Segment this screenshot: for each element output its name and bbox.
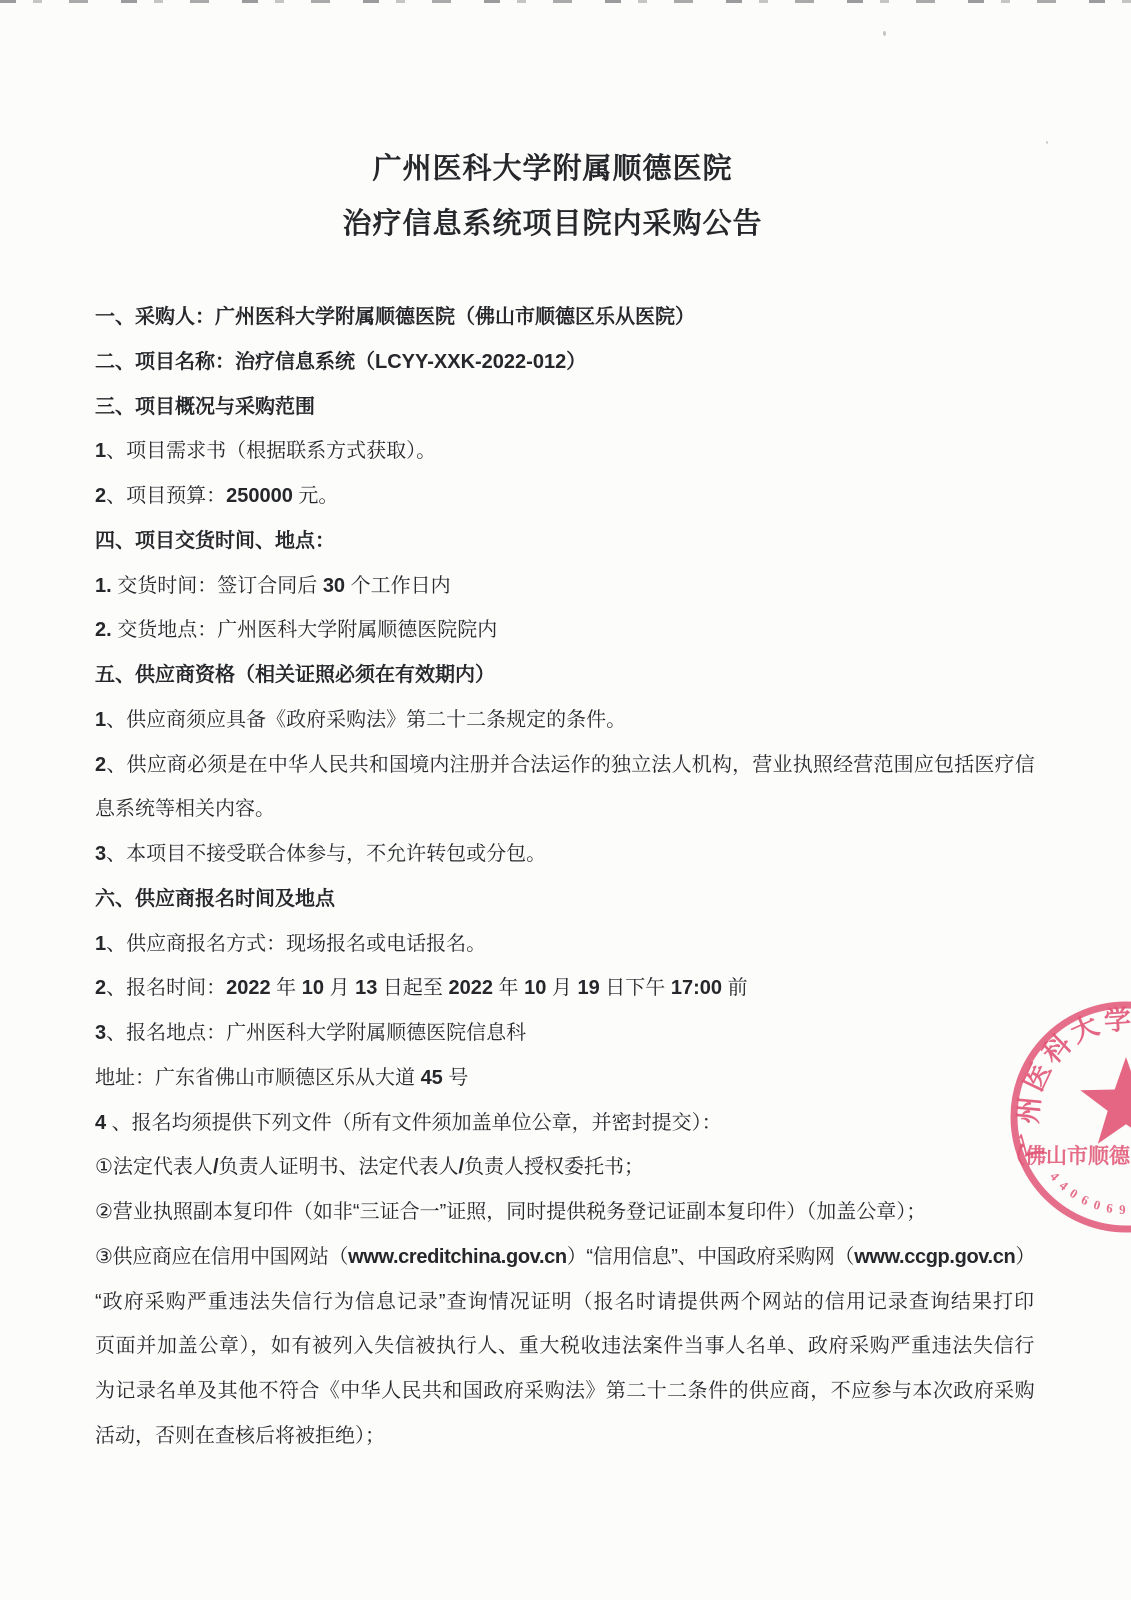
text-line: 地址：广东省佛山市顺德区乐从大道 45 号 bbox=[95, 1056, 1035, 1101]
seal-ring-text: 广州医科大学 bbox=[1013, 1004, 1131, 1161]
document-title-line-2: 治疗信息系统项目院内采购公告 bbox=[95, 197, 1010, 252]
text-line: 3、本项目不接受联合体参与，不允许转包或分包。 bbox=[95, 832, 1035, 877]
text-line: 活动，否则在查核后将被拒绝）； bbox=[95, 1414, 1035, 1459]
text-line: 2、供应商必须是在中华人民共和国境内注册并合法运作的独立法人机构，营业执照经营范… bbox=[95, 743, 1035, 788]
text-line: 2、报名时间：2022 年 10 月 13 日起至 2022 年 10 月 19… bbox=[95, 966, 1035, 1011]
text-line: 1、项目需求书（根据联系方式获取）。 bbox=[95, 429, 1035, 474]
text-line: “政府采购严重违法失信行为信息记录”查询情况证明（报名时请提供两个网站的信用记录… bbox=[95, 1280, 1035, 1325]
text-line: 1、供应商须应具备《政府采购法》第二十二条规定的条件。 bbox=[95, 698, 1035, 743]
text-line: ②营业执照副本复印件（如非“三证合一”证照，同时提供税务登记证副本复印件）（加盖… bbox=[95, 1190, 1035, 1235]
text-line: 2、项目预算：250000 元。 bbox=[95, 474, 1035, 519]
text-line: 1、供应商报名方式：现场报名或电话报名。 bbox=[95, 922, 1035, 967]
document-title: 广州医科大学附属顺德医院 治疗信息系统项目院内采购公告 bbox=[95, 142, 1010, 252]
seal-subtitle-text: （佛山市顺德区 bbox=[1004, 1144, 1131, 1168]
document-body: 一、采购人：广州医科大学附属顺德医院（佛山市顺德区乐从医院）二、项目名称：治疗信… bbox=[95, 295, 1035, 1459]
text-line: 五、供应商资格（相关证照必须在有效期内） bbox=[95, 653, 1035, 698]
scanned-document-page: 广州医科大学附属顺德医院 治疗信息系统项目院内采购公告 一、采购人：广州医科大学… bbox=[0, 0, 1131, 1600]
text-line: 3、报名地点：广州医科大学附属顺德医院信息科 bbox=[95, 1011, 1035, 1056]
text-line: 三、项目概况与采购范围 bbox=[95, 385, 1035, 430]
text-line: ①法定代表人/负责人证明书、法定代表人/负责人授权委托书； bbox=[95, 1145, 1035, 1190]
seal-star-icon bbox=[1080, 1057, 1131, 1144]
text-line: ③供应商应在信用中国网站（www.creditchina.gov.cn）“信用信… bbox=[95, 1235, 1035, 1280]
text-line: 息系统等相关内容。 bbox=[95, 787, 1035, 832]
scanner-edge-artifact bbox=[0, 0, 1131, 3]
official-seal-stamp: 广州医科大学 （佛山市顺德区 44060692 bbox=[986, 977, 1131, 1257]
text-line: 二、项目名称：治疗信息系统（LCYY-XXK-2022-012） bbox=[95, 340, 1035, 385]
text-line: 页面并加盖公章），如有被列入失信被执行人、重大税收违法案件当事人名单、政府采购严… bbox=[95, 1324, 1035, 1369]
text-line: 四、项目交货时间、地点： bbox=[95, 519, 1035, 564]
scan-speck bbox=[883, 31, 886, 36]
text-line: 为记录名单及其他不符合《中华人民共和国政府采购法》第二十二条件的供应商，不应参与… bbox=[95, 1369, 1035, 1414]
text-line: 一、采购人：广州医科大学附属顺德医院（佛山市顺德区乐从医院） bbox=[95, 295, 1035, 340]
text-line: 1. 交货时间：签订合同后 30 个工作日内 bbox=[95, 564, 1035, 609]
text-line: 2. 交货地点：广州医科大学附属顺德医院院内 bbox=[95, 608, 1035, 653]
scan-speck bbox=[1046, 141, 1048, 144]
text-line: 六、供应商报名时间及地点 bbox=[95, 877, 1035, 922]
document-title-line-1: 广州医科大学附属顺德医院 bbox=[95, 142, 1010, 197]
text-line: 4 、报名均须提供下列文件（所有文件须加盖单位公章，并密封提交）： bbox=[95, 1101, 1035, 1146]
